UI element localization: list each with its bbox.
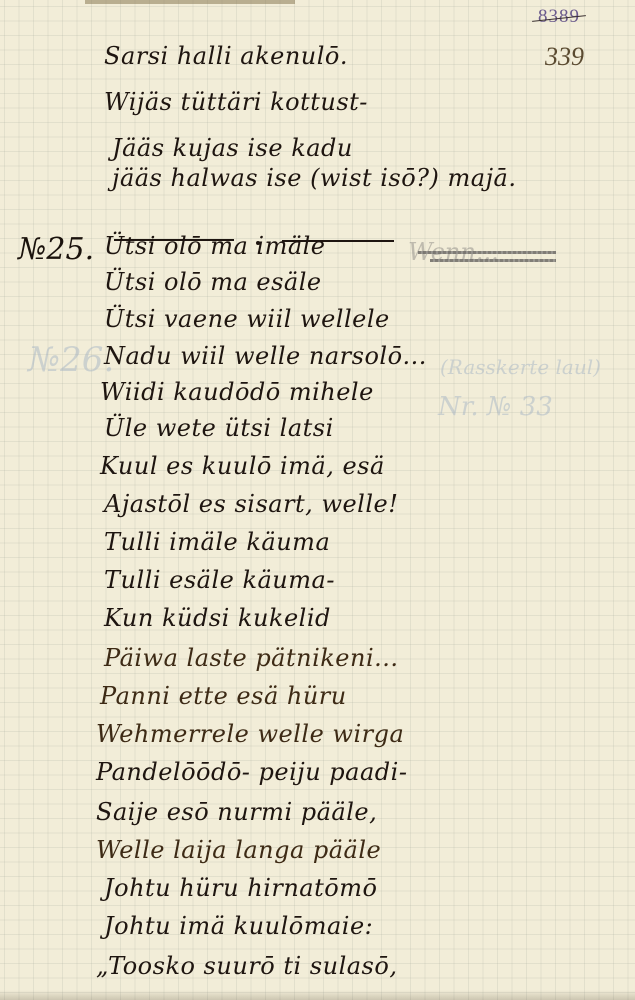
entry-line-15: Pandelōōdō- peiju paadi- (96, 758, 407, 786)
pencil-strike-line-1 (418, 251, 556, 254)
entry-line-16: Saije esō nurmi pääle, (96, 798, 377, 826)
archive-number-struck: 8389 (538, 6, 580, 28)
bleed-through-entry-number: №26. (28, 340, 114, 380)
entry-line-10: Tulli esäle käuma- (104, 566, 335, 594)
top-line-2: Wijäs tüttäri kottust- (104, 88, 368, 116)
entry-line-14: Wehmerrele welle wirga (96, 720, 404, 748)
entry-line-2: Ütsi olō ma esäle (104, 268, 322, 296)
entry-line-19: Johtu imä kuulōmaie: (104, 912, 373, 940)
entry-line-3: Ütsi vaene wiil wellele (104, 305, 390, 333)
page-number: 339 (545, 42, 584, 72)
top-line-4: jääs halwas ise (wist isō?) majā. (112, 164, 516, 192)
entry-line-12: Päiwa laste pätnikeni... (104, 644, 399, 672)
entry-line-7: Kuul es kuulō imä, esä (100, 452, 385, 480)
top-line-3: Jääs kujas ise kadu (112, 134, 353, 162)
page-bottom-edge (0, 990, 635, 1000)
entry-line-13: Panni ette esä hüru (100, 682, 347, 710)
pencil-strike-line-2 (430, 259, 556, 262)
page-top-edge (85, 0, 295, 4)
entry-line-11: Kun küdsi kukelid (104, 604, 331, 632)
entry-line-6: Üle wete ütsi latsi (104, 414, 334, 442)
entry-line-17: Welle laija langa pääle (96, 836, 381, 864)
bleed-through-ref: Nr. № 33 (438, 392, 553, 422)
entry-number: №25. (18, 232, 94, 267)
top-line-1: Sarsi halli akenulō. (104, 42, 348, 70)
entry-line-1: Ütsi olō ma imäle (104, 232, 326, 260)
entry-line-20: „Toosko suurō ti sulasō, (96, 952, 397, 980)
entry-line-5: Wiidi kaudōdō mihele (100, 378, 374, 406)
entry-line-18: Johtu hüru hirnatōmō (104, 874, 377, 902)
bleed-through-note: (Rasskerte laul) (440, 355, 601, 379)
entry-line-4: Nadu wiil welle narsolō... (104, 342, 427, 370)
entry-line-9: Tulli imäle käuma (104, 528, 330, 556)
entry-line-8: Ajastōl es sisart, welle! (104, 490, 398, 518)
